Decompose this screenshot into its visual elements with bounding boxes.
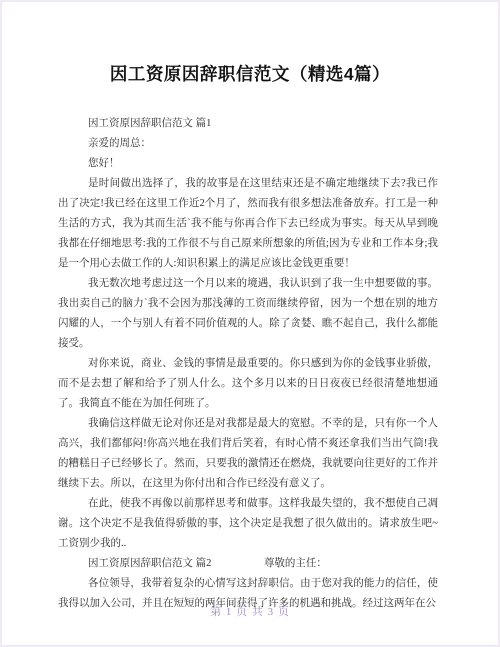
section-heading-2: 因工资原因辞职信范文 篇2 尊敬的主任： xyxy=(58,554,438,574)
paragraph: 我确信这样做无论对你还是对我都是最大的宽慰。不幸的是，只有你一个人高兴，我们都郁… xyxy=(58,414,438,494)
paragraph: 对你来说，商业、金钱的事情是最重要的。你只感到为你的金钱事业骄傲，而不是去想了解… xyxy=(58,354,438,414)
paragraph: 我无数次地考虑过这一个月以来的境遇，我认识到了我一生中想要做的事。我出卖自己的脑… xyxy=(58,274,438,354)
paragraph: 是时间做出选择了，我的故事是在这里结束还是不确定地继续下去?我已作出了决定!我已… xyxy=(58,174,438,274)
document-title: 因工资原因辞职信范文（精选4篇） xyxy=(2,2,498,88)
page-number-footer: 第 1 页 共 3 页 xyxy=(2,604,498,620)
greeting: 您好！ xyxy=(58,154,438,174)
section-heading-1: 因工资原因辞职信范文 篇1 xyxy=(58,114,438,134)
salutation: 亲爱的周总： xyxy=(58,134,438,154)
document-page: 因工资原因辞职信范文（精选4篇） 因工资原因辞职信范文 篇1 亲爱的周总： 您好… xyxy=(0,0,500,647)
document-body: 因工资原因辞职信范文 篇1 亲爱的周总： 您好！ 是时间做出选择了，我的故事是在… xyxy=(2,114,498,614)
paragraph: 在此，使我不再像以前那样思考和做事。这样我最失望的，我不想使自己凋谢。这个决定不… xyxy=(58,494,438,554)
